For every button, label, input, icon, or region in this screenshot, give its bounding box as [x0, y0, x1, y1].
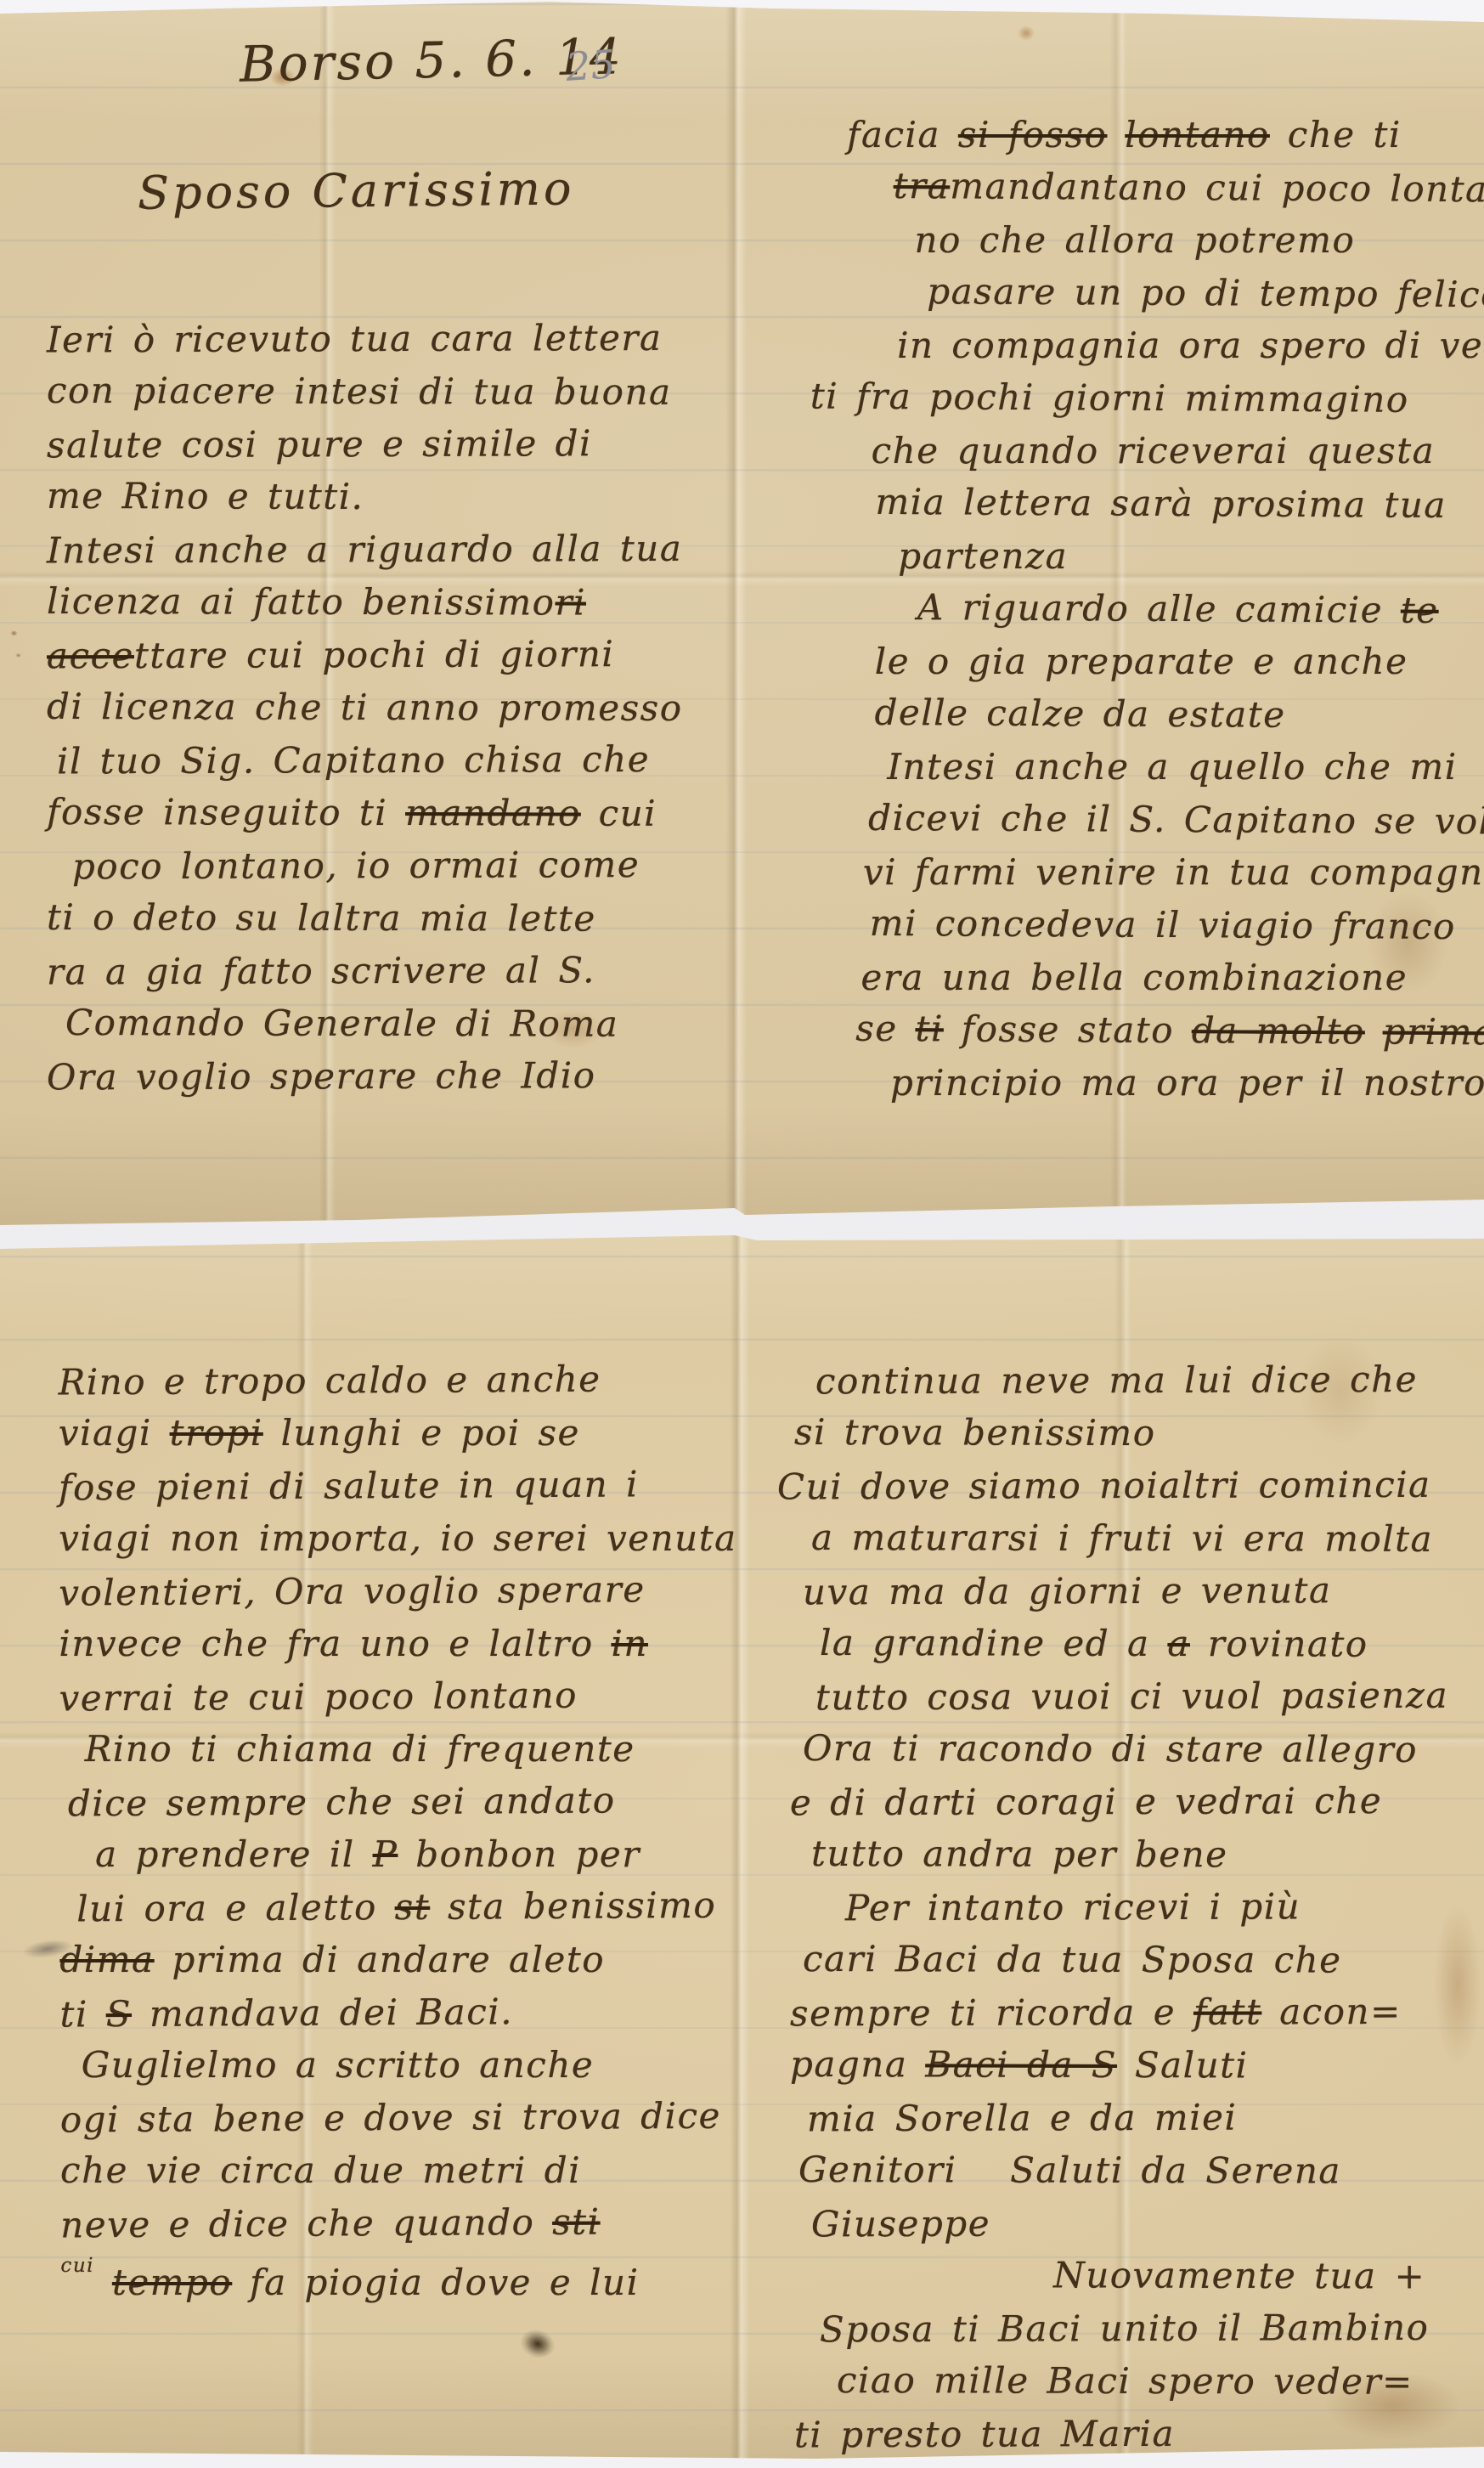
handwritten-line: Comando Generale di Roma — [65, 997, 743, 1051]
handwritten-line: dice sempre che sei andato — [68, 1774, 748, 1831]
handwritten-line: che quando riceverai questa — [872, 425, 1484, 477]
page4-text-column: continua neve ma lui dice chesi trova be… — [777, 1354, 1478, 2460]
handwritten-line: delle calze da estate — [874, 686, 1484, 743]
handwritten-line: tutto andra per bene — [811, 1827, 1478, 1882]
handwritten-line: il tuo Sig. Capitano chisa che — [57, 733, 743, 788]
handwritten-line: lui ora e aletto st sta benissimo — [76, 1879, 748, 1936]
handwritten-line: verrai te cui poco lontano — [59, 1669, 747, 1725]
handwritten-line: viagi non importa, io serei venuta — [59, 1512, 747, 1565]
handwritten-line: dicevi che il S. Capitano se vole= — [868, 792, 1484, 848]
handwritten-line: Ieri ò ricevuto tua cara lettera — [47, 312, 743, 367]
handwritten-line: se ti fosse stato da molto prima — [855, 1002, 1484, 1059]
page1-text-column: Ieri ò ricevuto tua cara letteracon piac… — [47, 313, 743, 1103]
scanned-letter-canvas: Borso 5. 6. 14 25 Sposo Carissimo Ieri ò… — [0, 0, 1484, 2468]
handwritten-line: pasare un po di tempo felice — [927, 265, 1484, 321]
handwritten-line: Rino ti chiama di frequente — [85, 1723, 748, 1776]
handwritten-line: licenza ai fatto benissimori — [47, 575, 743, 630]
handwritten-line: principio ma ora per il nostro — [890, 1057, 1484, 1110]
handwritten-line: cui tempo fa piogia dove e lui — [60, 2250, 748, 2302]
letter-salutation: Sposo Carissimo — [138, 166, 575, 216]
page3-text-column: Rino e tropo caldo e ancheviagi tropi lu… — [59, 1353, 749, 2303]
handwritten-line: ti fra pochi giorni mimmagino — [810, 370, 1484, 426]
handwritten-line: salute cosi pure e simile di — [47, 417, 743, 472]
handwritten-line: sempre ti ricorda e fatt acon= — [790, 1985, 1478, 2041]
handwritten-line: vi farmi venire in tua compagnia — [863, 846, 1484, 899]
handwritten-line: uva ma da giorni e venuta — [803, 1564, 1478, 1619]
handwritten-line: con piacere intesi di tua buona — [47, 364, 743, 419]
handwritten-line: mia Sorella e da miei — [807, 2091, 1478, 2146]
handwritten-line: ti o deto su laltra mia lette — [47, 891, 743, 946]
handwritten-line: in compagnia ora spero di veder= — [897, 319, 1484, 372]
handwritten-line: a maturarsi i fruti vi era molta — [811, 1511, 1478, 1566]
handwritten-line: volentieri, Ora voglio sperare — [59, 1563, 747, 1620]
handwritten-line: dima prima di andare aleto — [59, 1934, 748, 1986]
handwritten-line: Intesi anche a riguardo alla tua — [47, 522, 743, 578]
handwritten-line: partenza — [898, 530, 1484, 583]
handwritten-line: no che allora potremo — [915, 214, 1484, 267]
page2-text-column: facia si fosso lontano che titramandanta… — [844, 108, 1484, 1111]
handwritten-line: Nuovamente tua + — [1053, 2249, 1478, 2302]
handwritten-line: ti presto tua Maria — [794, 2407, 1478, 2462]
handwritten-line: poco lontano, io ormai come — [72, 839, 743, 894]
handwritten-line: mia lettera sarà prosima tua — [875, 476, 1484, 532]
handwritten-line: fosse inseguito ti mandano cui — [47, 786, 743, 840]
handwritten-line: si trova benissimo — [794, 1406, 1478, 1460]
handwritten-line: la grandine ed a a rovinato — [820, 1617, 1478, 1671]
handwritten-line: di licenza che ti anno promesso — [47, 681, 743, 735]
pencil-page-number: 25 — [564, 44, 617, 87]
handwritten-line: Giuseppe — [811, 2196, 1478, 2251]
handwritten-line: tutto cosa vuoi ci vuol pasienza — [815, 1669, 1478, 1725]
handwritten-line: era una bella combinazione — [860, 952, 1484, 1004]
handwritten-line: Per intanto ricevi i più — [845, 1880, 1478, 1935]
handwritten-line: ciao mille Baci spero veder= — [837, 2354, 1478, 2409]
handwritten-line: Ora voglio sperare che Idio — [47, 1049, 743, 1104]
handwritten-line: le o gia preparate e anche — [875, 635, 1484, 688]
handwritten-line: tramandantano cui poco lonta= — [894, 160, 1484, 216]
handwritten-line: e di darti coragi e vedrai che — [790, 1775, 1478, 1830]
handwritten-line: fose pieni di salute in quan i — [59, 1458, 747, 1515]
handwritten-line: neve e dice che quando sti — [60, 2195, 748, 2252]
handwritten-line: cari Baci da tua Sposa che — [803, 1933, 1478, 1987]
handwritten-line: pagna Baci da S Saluti — [790, 2038, 1478, 2092]
handwritten-line: ogi sta bene e dove si trova dice — [60, 2090, 748, 2147]
handwritten-line: che vie circa due metri di — [60, 2144, 748, 2197]
handwritten-line: accettare cui pochi di giorni — [47, 628, 743, 683]
handwritten-line: continua neve ma lui dice che — [815, 1353, 1478, 1409]
handwritten-line: A riguardo alle camicie te — [917, 581, 1484, 637]
handwritten-line: ti S mandava dei Baci. — [59, 1985, 748, 2042]
handwritten-line: Rino e tropo caldo e anche — [58, 1353, 746, 1409]
handwritten-line: Sposa ti Baci unito il Bambino — [820, 2301, 1478, 2357]
handwritten-line: me Rino e tutti. — [47, 470, 743, 524]
handwritten-line: viagi tropi lunghi e poi se — [59, 1407, 747, 1460]
handwritten-line: ra a gia fatto scrivere al S. — [47, 944, 743, 999]
handwritten-line: mi concedeva il viagio franco — [870, 897, 1484, 953]
handwritten-line: Guglielmo a scritto anche — [82, 2039, 748, 2092]
handwritten-line: facia si fosso lontano che ti — [847, 109, 1484, 161]
handwritten-line: a prendere il P bonbon per — [95, 1828, 748, 1881]
handwritten-line: invece che fra uno e laltro in — [59, 1618, 747, 1670]
handwritten-line: Ora ti racondo di stare allegro — [803, 1722, 1478, 1776]
handwritten-line: Genitori Saluti da Serena — [798, 2143, 1478, 2198]
handwritten-line: Intesi anche a quello che mi — [887, 741, 1484, 793]
handwritten-line: Cui dove siamo noialtri comincia — [777, 1459, 1478, 1514]
